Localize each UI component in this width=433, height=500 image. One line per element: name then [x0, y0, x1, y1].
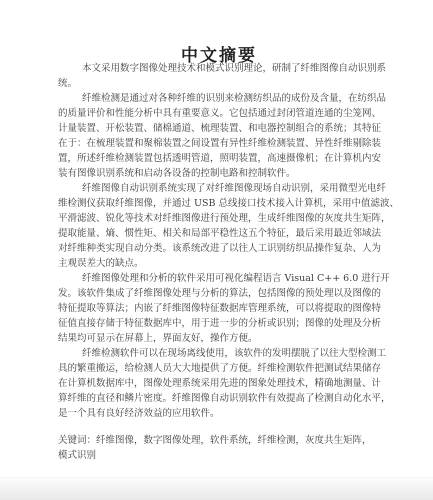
text-line: 纤维图像处理和分析的软件采用可视化编程语言 Visual C++ 6.0 进行开: [58, 271, 388, 286]
text-line: 计量装置、开松装置、储棉通道、梳理装置、和电器控制组合的系统；其特征: [58, 121, 388, 136]
text-line: 模式识别: [58, 448, 388, 463]
text-line: 置，所述纤维检测装置包括透明管道，照明装置，高速摄像机；在计算机内安: [58, 151, 388, 166]
text-line: 的质量评价和性能分析中具有重要意义。它包括通过封闭管道连通的尘笼网、: [58, 106, 388, 121]
text-line: 纤维图像自动识别系统实现了对纤维图像现场自动识别，采用微型光电纤: [58, 181, 388, 196]
text-line: 统。: [58, 76, 388, 91]
text-line: 对纤维种类实现自动分类。该系统改进了以往人工识别纺织品操作复杂、人为: [58, 241, 388, 256]
keywords-block: 关键词：纤维图像，数字图像处理，软件系统，纤维检测，灰度共生矩阵，模式识别: [58, 433, 388, 463]
paragraph: 纤维图像自动识别系统实现了对纤维图像现场自动识别，采用微型光电纤维检测仪获取纤维…: [58, 181, 388, 271]
text-line: 本文采用数字图像处理技术和模式识别理论，研制了纤维图像自动识别系: [58, 61, 388, 76]
paragraph: 纤维检测是通过对各种纤维的识别来检测纺织品的成份及含量，在纺织品的质量评价和性能…: [58, 91, 388, 181]
text-line: 在于：在梳理装置和聚棉装置之间设置有异性纤维检测装置、异性纤维剔除装: [58, 136, 388, 151]
text-line: 装有图像识别系统和启动各设备的控制电路和控制软件。: [58, 166, 388, 181]
text-line: 发。该软件集成了纤维图像处理与分析的算法，包括图像的预处理以及图像的: [58, 286, 388, 301]
text-line: 主观误差大的缺点。: [58, 256, 388, 271]
text-line: 提取能量、熵、惯性矩、相关和局部平稳性这五个特征，最后采用最近邻域法: [58, 226, 388, 241]
text-line: 征值直接存储于特征数据库中，用于进一步的分析或识别；图像的处理及分析: [58, 316, 388, 331]
document-body: 本文采用数字图像处理技术和模式识别理论，研制了纤维图像自动识别系统。纤维检测是通…: [58, 61, 388, 463]
paragraph: 本文采用数字图像处理技术和模式识别理论，研制了纤维图像自动识别系统。: [58, 61, 388, 91]
page-bottom-shade: [0, 477, 433, 500]
text-line: 具的繁重搬运，给检测人员大大地提供了方便。纤维检测软件把测试结果储存: [58, 361, 388, 376]
text-line: 关键词：纤维图像，数字图像处理，软件系统，纤维检测，灰度共生矩阵，: [58, 433, 388, 448]
paragraph: 纤维检测软件可以在现场离线使用，该软件的发明摆脱了以往大型检测工具的繁重搬运，给…: [58, 346, 388, 421]
text-line: 在计算机数据库中，图像处理系统采用先进的图象处理技术，精确地测量、计: [58, 376, 388, 391]
text-line: 纤维检测是通过对各种纤维的识别来检测纺织品的成份及含量，在纺织品: [58, 91, 388, 106]
text-line: 算纤维的直径和鳞片密度。纤维图像自动识别软件有效提高了检测自动化水平，: [58, 391, 388, 406]
text-line: 结果均可显示在屏幕上，界面友好，操作方便。: [58, 331, 388, 346]
text-line: 特征提取等算法；内嵌了纤维图像特征数据库管理系统，可以将提取的图像特: [58, 301, 388, 316]
text-line: 纤维检测软件可以在现场离线使用，该软件的发明摆脱了以往大型检测工: [58, 346, 388, 361]
text-line: 维检测仪获取纤维图像，并通过 USB 总线接口技术接入计算机，采用中值滤波、: [58, 196, 388, 211]
paragraph: 纤维图像处理和分析的软件采用可视化编程语言 Visual C++ 6.0 进行开…: [58, 271, 388, 346]
document-page: 中文摘要 本文采用数字图像处理技术和模式识别理论，研制了纤维图像自动识别系统。纤…: [0, 0, 433, 500]
text-line: 是一个具有良好经济效益的应用软件。: [58, 406, 388, 421]
text-line: 平滑滤波、锐化等技术对纤维图像进行预处理，生成纤维图像的灰度共生矩阵，: [58, 211, 388, 226]
